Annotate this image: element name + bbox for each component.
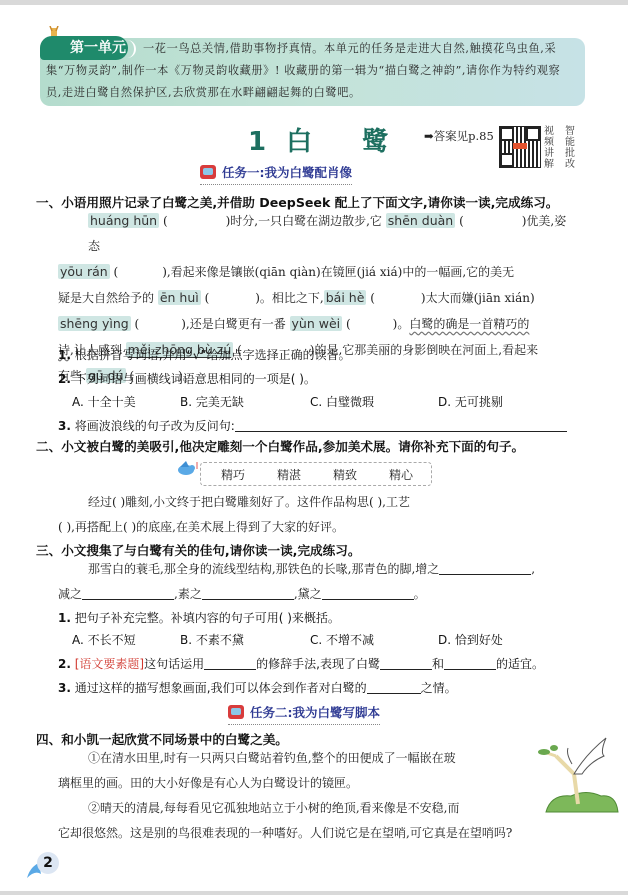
option-b[interactable]: B. 不素不黛 [180, 631, 310, 648]
word-option: 精巧 [221, 466, 245, 483]
qr-code-label: 视智 频能 讲批 解改 [544, 126, 584, 170]
option-d[interactable]: D. 恰到好处 [438, 631, 546, 648]
question-2-passage: 经过( )雕刻,小文终于把白鹭雕刻好了。这件作品构思( ),工艺 ( ),再搭配… [58, 490, 578, 540]
answer-line[interactable] [202, 587, 294, 600]
answer-line[interactable] [444, 657, 496, 670]
tv-icon [200, 165, 216, 179]
tv-icon [228, 705, 244, 719]
option-c[interactable]: C. 白璧微瑕 [310, 393, 438, 410]
word-bank: 精巧 精湛 精致 精心 [200, 462, 432, 486]
question-3-sub-1-options: A. 不长不短 B. 不素不黛 C. 不增不减 D. 恰到好处 [72, 631, 546, 648]
answer-line[interactable] [204, 657, 256, 670]
answer-line[interactable] [367, 681, 421, 694]
question-tag: [语文要素题] [75, 657, 144, 671]
question-1-sub-3: 3. 将画波浪线的句子改为反问句: [58, 417, 567, 434]
answer-line[interactable] [380, 657, 432, 670]
question-3-sub-3: 3. 通过这样的描写想象画面,我们可以体会到作者对白鹭的之情。 [58, 679, 457, 696]
answer-line[interactable] [322, 587, 414, 600]
option-a[interactable]: A. 十全十美 [72, 393, 180, 410]
answer-line[interactable] [439, 562, 531, 575]
question-3-sub-2: 2. [语文要素题]这句话运用的修辞手法,表现了白鹭和的适宜。 [58, 655, 544, 672]
task-one-header: 任务一:我为白鹭配肖像 [200, 163, 352, 185]
word-option: 精致 [333, 466, 357, 483]
answer-reference-link[interactable]: ➡答案见p.85 [424, 128, 494, 144]
word-option: 精湛 [277, 466, 301, 483]
answer-line[interactable] [235, 419, 567, 432]
top-border [0, 0, 628, 5]
qr-code-icon[interactable] [500, 127, 540, 167]
question-1-sub-2-options: A. 十全十美 B. 完美无缺 C. 白璧微瑕 D. 无可挑剔 [72, 393, 546, 410]
egret-illustration [516, 734, 626, 818]
question-1-sub-1: 1. 根据拼音写词语,并用“√”给加点字选择正确的读音。 [58, 346, 351, 363]
question-1-sub-2: 2. 下列词语与画横线词语意思相同的一项是( )。 [58, 370, 316, 387]
question-3-passage: 那雪白的蓑毛,那全身的流线型结构,那铁色的长喙,那青色的脚,增之, 减之,素之,… [58, 557, 578, 607]
answer-line[interactable] [82, 587, 174, 600]
question-3-sub-1: 1. 把句子补充完整。补填内容的句子可用( )来概括。 [58, 609, 340, 626]
task-two-header: 任务二:我为白鹭写脚本 [228, 703, 380, 725]
option-d[interactable]: D. 无可挑剔 [438, 393, 546, 410]
unit-intro-text: 一花一鸟总关情,借助事物抒真情。本单元的任务是走进大自然,触摸花鸟虫鱼,采 集“… [46, 38, 586, 104]
option-b[interactable]: B. 完美无缺 [180, 393, 310, 410]
lesson-title: 1白鹭 [248, 121, 390, 158]
option-c[interactable]: C. 不增不减 [310, 631, 438, 648]
word-option: 精心 [389, 466, 413, 483]
bottom-border [0, 891, 628, 895]
question-4-passage: ①在清水田里,时有一只两只白鹭站着钓鱼,整个的田便成了一幅嵌在玻 璃框里的画。田… [58, 746, 518, 846]
option-a[interactable]: A. 不长不短 [72, 631, 180, 648]
page-number: 2 [25, 848, 53, 876]
question-2-heading: 二、小文被白鹭的美吸引,他决定雕刻一个白鹭作品,参加美术展。请你补充下面的句子。 [36, 436, 524, 455]
bird-icon [176, 459, 202, 477]
